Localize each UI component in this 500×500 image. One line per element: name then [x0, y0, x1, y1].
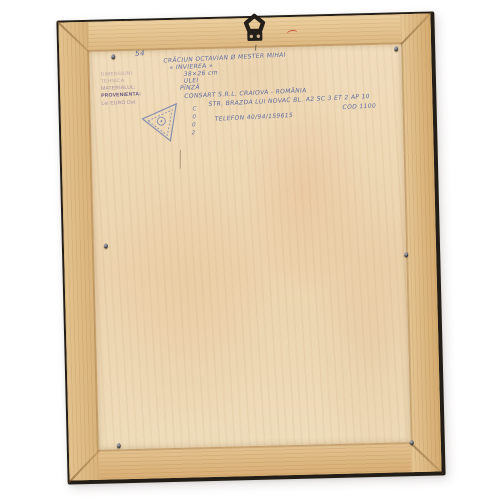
screw-plate [247, 31, 262, 41]
nail-dot [404, 252, 408, 257]
nail-dot [410, 440, 414, 445]
nail-dot [104, 243, 108, 248]
nail-dot [117, 443, 121, 448]
picture-frame-back: DIMENSIUNI: TEHNICA: MATERIALUL: PROVENI… [56, 11, 445, 484]
artist-name-line: CRĂCIUN OCTAVIAN Ø MESTER MIHAI [163, 53, 286, 65]
nail-dot [394, 46, 398, 51]
stamp-form-label: PROVENIENTA: [101, 92, 141, 99]
support-line: PÎNZĂ [180, 85, 200, 92]
phone-line: TELEFON 40/94/159615 [215, 113, 294, 123]
nail-dot [111, 54, 115, 59]
grain-scratch [180, 150, 181, 169]
stamp-form-label: DIMENSIUNI: [101, 72, 134, 78]
postal-code-line: COD 1100 [342, 103, 376, 111]
back-panel: DIMENSIUNI: TEHNICA: MATERIALUL: PROVENI… [89, 44, 411, 450]
stamp-form-label: Lei EURO Dol. [101, 100, 137, 106]
stamp-side-code: C002 [190, 106, 197, 138]
photo-backdrop: DIMENSIUNI: TEHNICA: MATERIALUL: PROVENI… [0, 0, 500, 500]
stamp-form-label: TEHNICA: [101, 79, 126, 85]
inscription-number: 54 [135, 50, 145, 57]
triangular-stamp-icon [135, 98, 189, 150]
